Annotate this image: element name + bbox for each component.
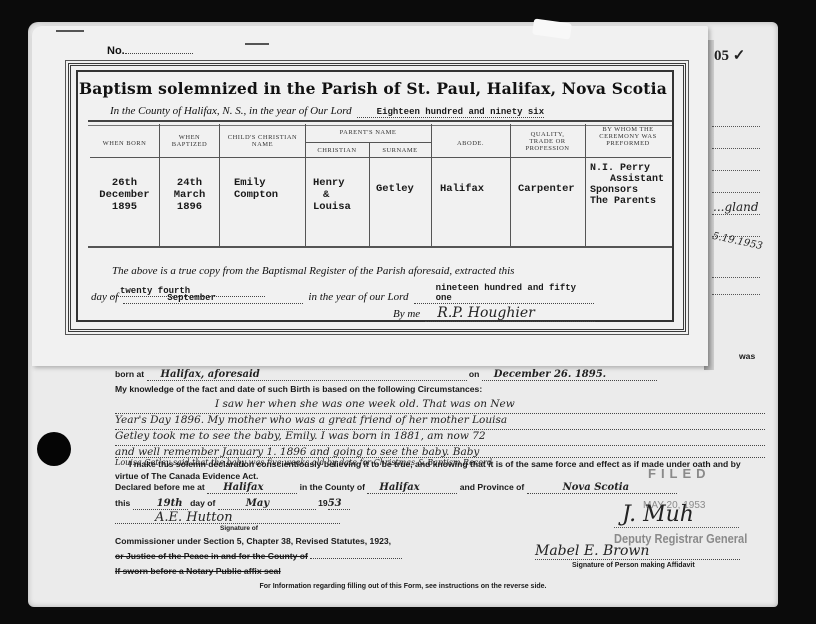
declared-month: May [218,498,316,510]
circumstances-line: and well remember January 1. 1896 and go… [115,446,765,458]
affiant-signature-line: Mabel E. Brown [535,543,740,560]
declared-at-label: Declared before me at [115,482,205,492]
header-parents-surname: SURNAME [369,147,431,154]
day-of-label-affidavit: day of [190,498,215,508]
year-prefix: 19 [318,498,328,508]
officiant: N.I. Perry [590,163,664,174]
header-when-born: WHEN BORN [90,140,159,147]
punch-hole [37,432,71,466]
affiant-label: Signature of Person making Affidavit [572,562,695,569]
county-line-prefix: In the County of Halifax, N. S., in the … [110,105,352,117]
cell-when-born: 26th December 1895 [90,177,159,213]
ampersand: & [313,189,351,201]
commissioner-text: Commissioner under Section 5, Chapter 38… [115,536,391,546]
child-middle-name: Compton [234,189,278,201]
declared-day: 19th [133,498,188,510]
knowledge-line: My knowledge of the fact and date of suc… [115,384,482,394]
sponsors-label: Sponsors [590,185,664,196]
circumstances-line: Getley took me to see the baby, Emily. I… [115,430,765,446]
county-year-line: In the County of Halifax, N. S., in the … [110,99,670,118]
registered-was-text: was [739,351,755,361]
born-month: December [90,189,159,201]
rector-signature: R.P. Houghier [425,305,595,322]
baptized-month: March [160,189,219,201]
page-number: 05 ✓ [714,46,745,65]
child-first-name: Emily [234,177,278,189]
header-parents-name: PARENT'S NAME [305,129,431,136]
born-at-value: Halifax, aforesaid [147,369,467,381]
birth-date-value: December 26. 1895. [482,369,657,381]
cell-parents-surname: Getley [376,183,414,195]
province-value: Nova Scotia [527,482,677,494]
commissioner-signature-line: A.E. Hutton [115,510,340,524]
mother-name: Louisa [313,201,351,213]
circumstances-block: I saw her when she was one week old. Tha… [115,398,765,467]
commissioner-signature: A.E. Hutton [115,510,340,524]
cell-child-name: Emily Compton [234,177,278,201]
province-label: and Province of [460,482,524,492]
born-day: 26th [90,177,159,189]
header-trade: QUALITY, TRADE OR PROFESSION [510,131,585,152]
declared-year: 53 [328,498,350,510]
registrar-signature-line [614,527,739,528]
year-value: Eighteen hundred and ninety six [357,107,544,118]
declared-date-line: this 19th day of May 1953 [115,498,350,510]
signature-of-label: Signature of [220,525,258,532]
affiant-signature: Mabel E. Brown [535,543,740,560]
declared-at-value: Halifax [207,482,297,494]
notary-text: If sworn before a Notary Public affix se… [115,566,281,576]
cell-trade: Carpenter [518,183,575,195]
registrar-signature: J. Muh [622,502,694,527]
county-label: in the County of [300,482,365,492]
parents-subheader-rule [305,142,431,143]
extracted-date-line: day of September in the year of our Lord… [91,283,671,304]
header-abode: ABODE. [431,140,510,147]
header-when-baptized: WHEN BAPTIZED [160,134,219,148]
cell-parents-christian: Henry & Louisa [313,177,351,213]
declared-line: Declared before me at Halifax in the Cou… [115,482,765,494]
cell-ceremony-by: N.I. Perry Assistant Sponsors The Parent… [590,163,664,207]
father-name: Henry [313,177,351,189]
header-bottom-rule [90,157,671,158]
justice-line: or Justice of the Peace in and for the C… [115,551,402,561]
circumstances-line: Year's Day 1896. My mother who was a gre… [115,414,765,430]
extracted-year: nineteen hundred and fifty one [414,283,594,304]
col-divider [369,143,370,246]
form-number-field: No. [107,45,193,57]
certificate-title: Baptism solemnized in the Parish of St. … [76,79,670,98]
born-at-label: born at [115,369,144,379]
form-number-blank [125,53,193,54]
justice-text: or Justice of the Peace in and for the C… [115,551,308,561]
header-child-name: CHILD'S CHRISTIAN NAME [220,134,305,148]
right-strip-handwritten-name: ...gland [713,200,759,214]
this-label: this [115,498,130,508]
by-me-line: By me R.P. Houghier [393,302,595,322]
on-label: on [469,369,480,379]
county-value: Halifax [367,482,457,494]
paper-mark [56,30,84,32]
officiant-role: Assistant [590,174,664,185]
by-me-label: By me [393,308,420,320]
baptized-day: 24th [160,177,219,189]
cell-when-baptized: 24th March 1896 [160,177,219,213]
table-bottom-rule [88,246,672,248]
born-at-line: born at Halifax, aforesaid on December 2… [115,369,755,381]
circumstances-line: I saw her when she was one week old. Tha… [115,398,765,414]
filed-stamp: FILED [648,466,711,481]
header-ceremony-by: BY WHOM THE CEREMONY WAS PREFORMED [585,126,671,147]
header-parents-christian: CHRISTIAN [305,147,369,154]
extracted-month: September [123,293,303,304]
sponsors-value: The Parents [590,196,664,207]
true-copy-text: The above is a true copy from the Baptis… [112,265,514,277]
born-year: 1895 [90,201,159,213]
baptized-year: 1896 [160,201,219,213]
form-number-label: No. [107,45,125,57]
day-of-label: day of [91,291,118,303]
justice-county-blank [310,558,402,559]
paper-mark [245,43,269,45]
footer-instructions: For Information regarding filling out of… [28,583,778,590]
cell-abode: Halifax [440,183,484,195]
